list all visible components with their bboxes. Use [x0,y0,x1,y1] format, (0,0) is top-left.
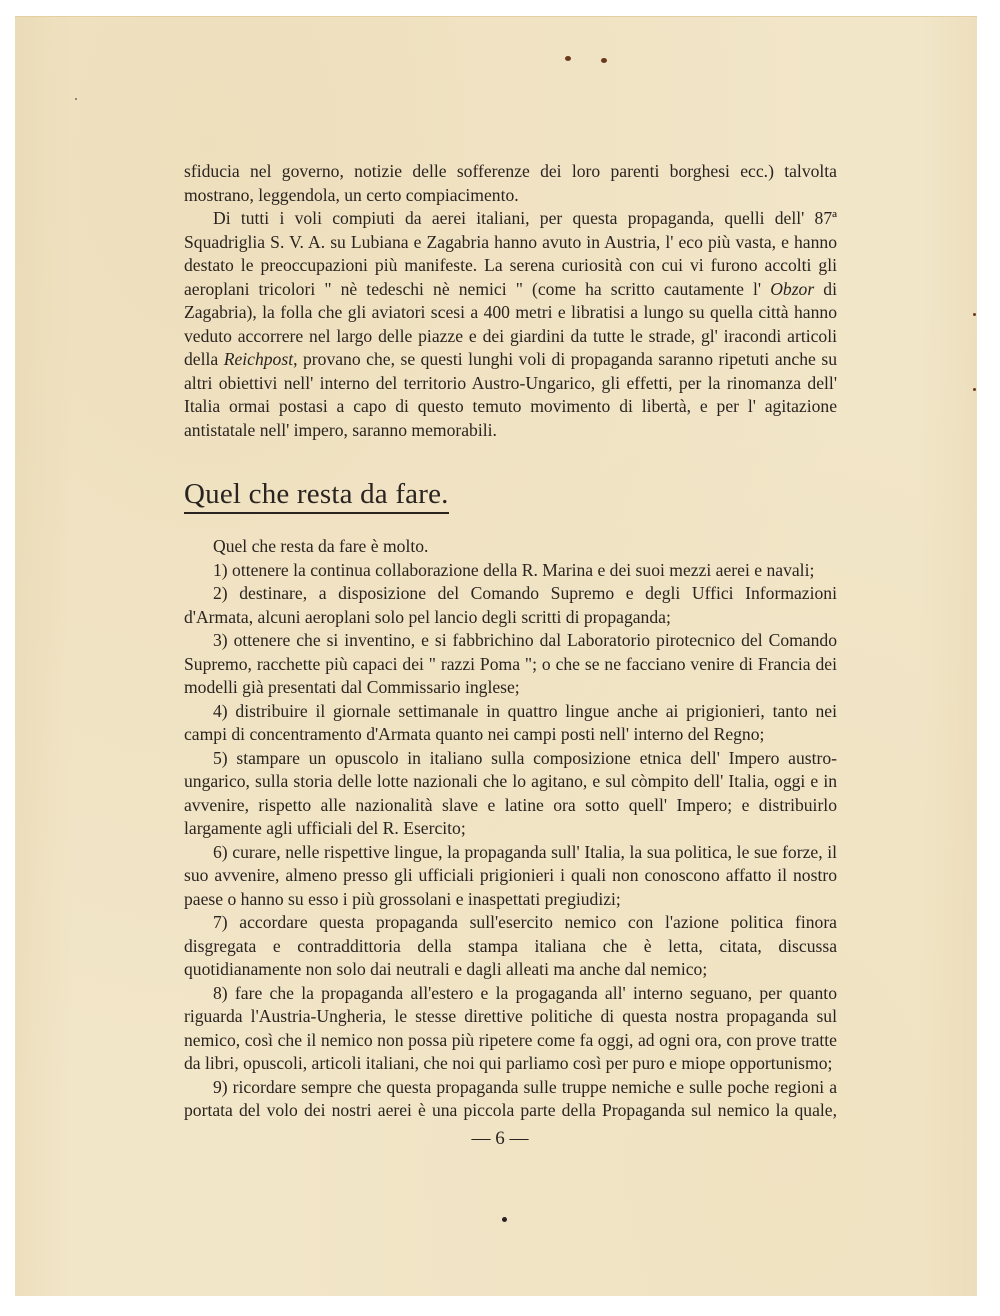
list-item: 7) accordare questa propaganda sull'eser… [184,911,837,982]
intro-text: sfiducia nel governo, notizie delle soff… [184,160,837,442]
page-number: — 6 — [0,1128,1000,1150]
list-item: 9) ricordare sempre che questa propagand… [184,1076,837,1123]
paragraph-continuation: sfiducia nel governo, notizie delle soff… [184,160,837,207]
ink-speck [973,388,976,391]
section-body: Quel che resta da fare è molto. 1) otten… [184,535,837,1123]
paragraph-flights: Di tutti i voli compiuti da aerei italia… [184,207,837,442]
punch-mark [565,56,571,61]
section-lead: Quel che resta da fare è molto. [184,535,837,559]
list-item: 4) distribuire il giornale settimanale i… [184,700,837,747]
punch-mark [601,58,607,63]
ink-dot [502,1217,507,1222]
list-item: 2) destinare, a disposizione del Comando… [184,582,837,629]
ink-speck [973,313,976,316]
italic-title-obzor: Obzor [770,279,814,299]
list-item: 8) fare che la propaganda all'estero e l… [184,982,837,1076]
list-item: 6) curare, nelle rispettive lingue, la p… [184,841,837,912]
list-item: 3) ottenere che si inventino, e si fabbr… [184,629,837,700]
paragraph-text: Di tutti i voli compiuti da aerei italia… [184,208,837,299]
section-heading: Quel che resta da fare. [184,478,449,514]
list-item: 1) ottenere la continua collaborazione d… [184,559,837,583]
ink-speck [75,98,77,100]
italic-title-reichpost: Reichpost [224,349,293,369]
list-item: 5) stampare un opuscolo in italiano sull… [184,747,837,841]
